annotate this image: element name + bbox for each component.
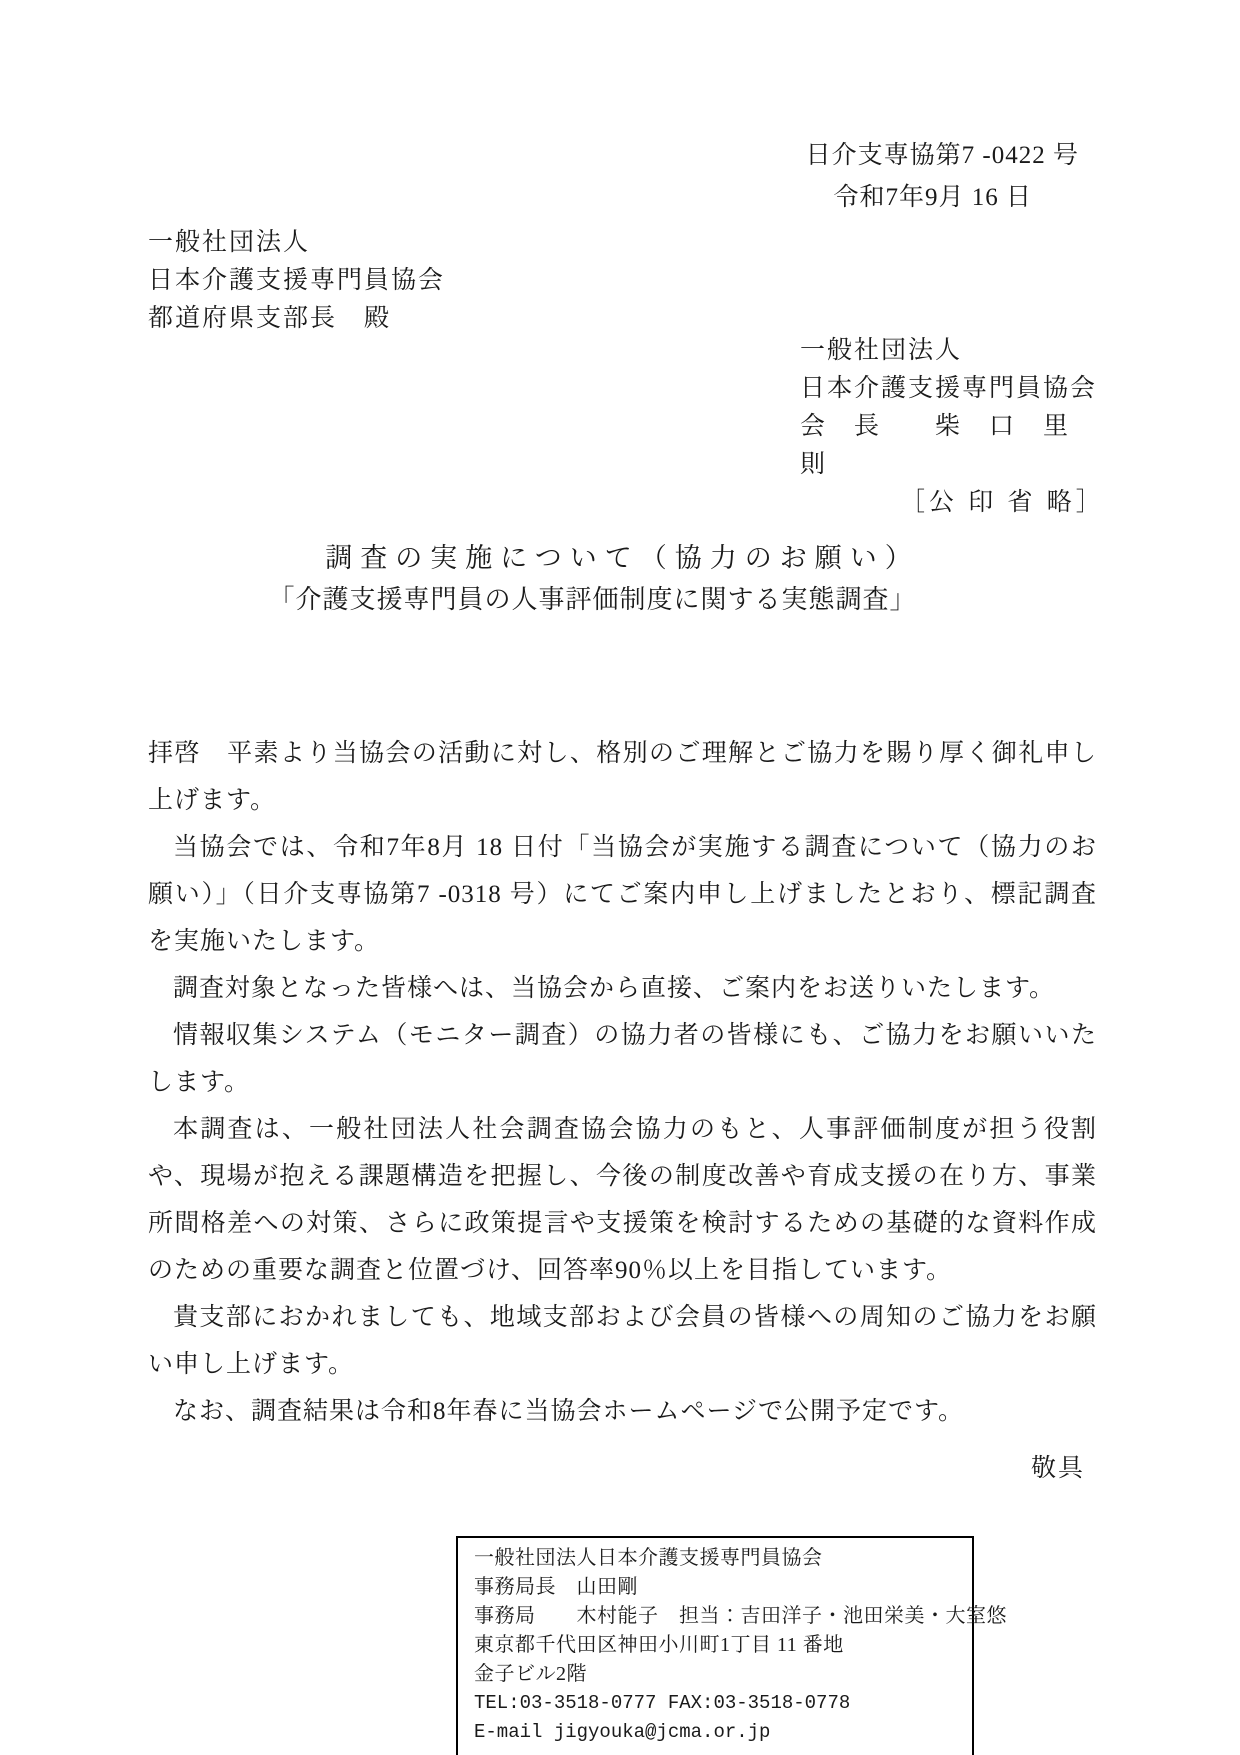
recipient-organization-type: 一般社団法人 [148,224,1097,262]
recipient-organization-name: 日本介護支援専門員協会 [148,262,1097,300]
closing-salutation: 敬具 [148,1445,1097,1492]
contact-info-box: 一般社団法人日本介護支援専門員協会 事務局長 山田剛 事務局 木村能子 担当：吉… [456,1536,974,1755]
paragraph-greeting: 拝啓 平素より当協会の活動に対し、格別のご理解とご協力を賜り厚く御礼申し上げます… [148,730,1097,824]
contact-email: E-mail jigyouka@jcma.or.jp [474,1718,956,1747]
contact-secretary-general: 事務局長 山田剛 [474,1573,956,1602]
contact-staff: 事務局 木村能子 担当：吉田洋子・池田栄美・大室悠 [474,1602,956,1631]
paragraph-survey-announcement: 当協会では、令和7年8月 18 日付「当協会が実施する調査について（協力のお願い… [148,824,1097,965]
document-number: 日介支専協第7 -0422 号 [148,142,1097,170]
letter-body: 拝啓 平素より当協会の活動に対し、格別のご理解とご協力を賜り厚く御礼申し上げます… [148,730,1097,1435]
contact-tel-fax: TEL:03-3518-0777 FAX:03-3518-0778 [474,1689,956,1718]
letter-page: 日介支専協第7 -0422 号 令和7年9月 16 日 一般社団法人 日本介護支… [0,0,1240,1755]
sender-organization-type: 一般社団法人 [800,332,1097,370]
document-title: 調査の実施について（協力のお願い） [148,538,1097,578]
document-subtitle: 「介護支援専門員の人事評価制度に関する実態調査」 [88,578,1097,622]
paragraph-survey-purpose: 本調査は、一般社団法人社会調査協会協力のもと、人事評価制度が担う役割や、現場が抱… [148,1106,1097,1294]
seal-omitted-note: ［公 印 省 略］ [800,484,1097,522]
contact-organization-name: 一般社団法人日本介護支援専門員協会 [474,1544,956,1573]
paragraph-results-publication: なお、調査結果は令和8年春に当協会ホームページで公開予定です。 [148,1388,1097,1435]
paragraph-monitor-request: 情報収集システム（モニター調査）の協力者の皆様にも、ご協力をお願いいたします。 [148,1012,1097,1106]
recipient-block: 一般社団法人 日本介護支援専門員協会 都道府県支部長 殿 [148,224,1097,338]
contact-address-line1: 東京都千代田区神田小川町1丁目 11 番地 [474,1631,956,1660]
document-date: 令和7年9月 16 日 [148,184,1097,212]
sender-president-name: 会 長 柴 口 里 則 [800,408,1097,484]
paragraph-survey-targets: 調査対象となった皆様へは、当協会から直接、ご案内をお送りいたします。 [148,965,1097,1012]
contact-address-line2: 金子ビル2階 [474,1660,956,1689]
sender-organization-name: 日本介護支援専門員協会 [800,370,1097,408]
sender-block: 一般社団法人 日本介護支援専門員協会 会 長 柴 口 里 則 ［公 印 省 略］ [800,332,1097,522]
title-block: 調査の実施について（協力のお願い） 「介護支援専門員の人事評価制度に関する実態調… [148,538,1097,622]
paragraph-branch-request: 貴支部におかれましても、地域支部および会員の皆様への周知のご協力をお願い申し上げ… [148,1294,1097,1388]
